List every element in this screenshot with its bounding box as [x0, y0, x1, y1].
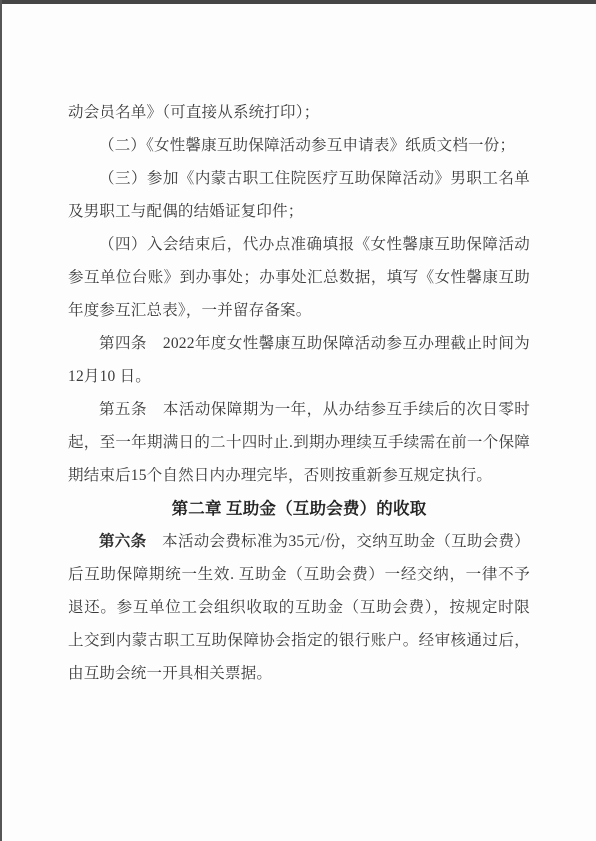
list-item-4: （四）入会结束后，代办点准确填报《女性馨康互助保障活动参互单位台账》到办事处；办… — [68, 228, 530, 327]
paragraph-carryover: 动会员名单》（可直接从系统打印）； — [68, 96, 530, 129]
list-item-2: （二）《女性馨康互助保障活动参互申请表》纸质文档一份； — [68, 129, 530, 162]
chapter-2-heading: 第二章 互助金（互助会费）的收取 — [68, 492, 530, 525]
page-left-edge — [0, 0, 2, 841]
page-content: 动会员名单》（可直接从系统打印）； （二）《女性馨康互助保障活动参互申请表》纸质… — [68, 96, 530, 690]
page-top-edge — [0, 0, 596, 4]
article-6-label: 第六条 — [99, 533, 146, 550]
article-4-paragraph: 第四条 2022年度女性馨康互助保障活动参互办理截止时间为12月10 日。 — [68, 327, 530, 393]
article-5-paragraph: 第五条 本活动保障期为一年，从办结参互手续后的次日零时起，至一年期满日的二十四时… — [68, 393, 530, 492]
article-6-text: 本活动会费标准为35元/份，交纳互助金（互助会费）后互助保障期统一生效. 互助金… — [68, 533, 530, 682]
article-6-paragraph: 第六条 本活动会费标准为35元/份，交纳互助金（互助会费）后互助保障期统一生效.… — [68, 525, 530, 690]
list-item-3: （三）参加《内蒙古职工住院医疗互助保障活动》男职工名单及男职工与配偶的结婚证复印… — [68, 162, 530, 228]
document-page: 动会员名单》（可直接从系统打印）； （二）《女性馨康互助保障活动参互申请表》纸质… — [0, 0, 596, 841]
